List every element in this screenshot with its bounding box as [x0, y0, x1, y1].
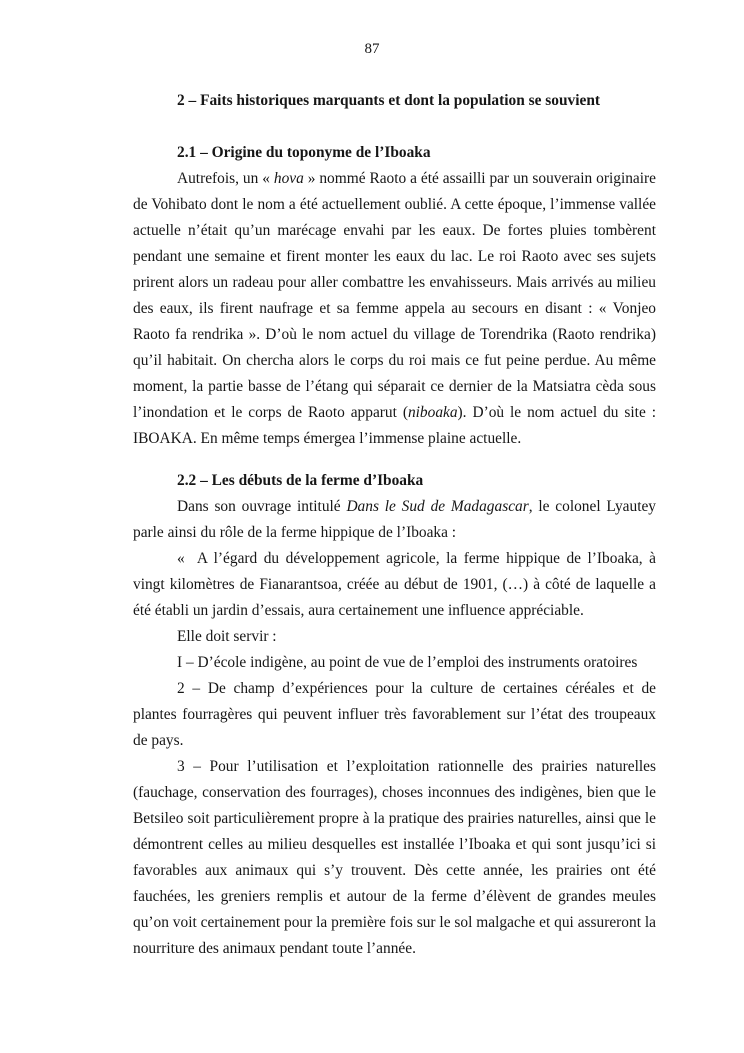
italic-run-niboaka: niboaka: [408, 404, 458, 421]
paragraph-item-3-prairies: 3 – Pour l’utilisation et l’exploitation…: [133, 754, 656, 962]
italic-run-hova: hova: [274, 170, 304, 187]
text-run: » nommé Raoto a été assailli par un souv…: [133, 170, 656, 421]
paragraph-item-1-ecole: I – D’école indigène, au point de vue de…: [133, 650, 656, 676]
subsection-heading-2-1: 2.1 – Origine du toponyme de l’Iboaka: [177, 140, 656, 166]
chapter-heading: 2 – Faits historiques marquants et dont …: [177, 88, 656, 114]
text-run: Dans son ouvrage intitulé: [177, 498, 346, 515]
paragraph-origine-toponyme: Autrefois, un « hova » nommé Raoto a été…: [133, 166, 656, 452]
paragraph-ouvrage-lyautey: Dans son ouvrage intitulé Dans le Sud de…: [133, 494, 656, 546]
paragraph-elle-doit-servir: Elle doit servir :: [133, 624, 656, 650]
page-content: 2 – Faits historiques marquants et dont …: [133, 0, 656, 962]
text-run: Autrefois, un «: [177, 170, 274, 187]
subsection-heading-2-2: 2.2 – Les débuts de la ferme d’Iboaka: [177, 468, 656, 494]
document-page: 87 2 – Faits historiques marquants et do…: [0, 0, 744, 1053]
italic-run-book-title: Dans le Sud de Madagascar: [346, 498, 528, 515]
paragraph-item-2-champ: 2 – De champ d’expériences pour la cultu…: [133, 676, 656, 754]
paragraph-citation-agricole: « A l’égard du développement agricole, l…: [133, 546, 656, 624]
